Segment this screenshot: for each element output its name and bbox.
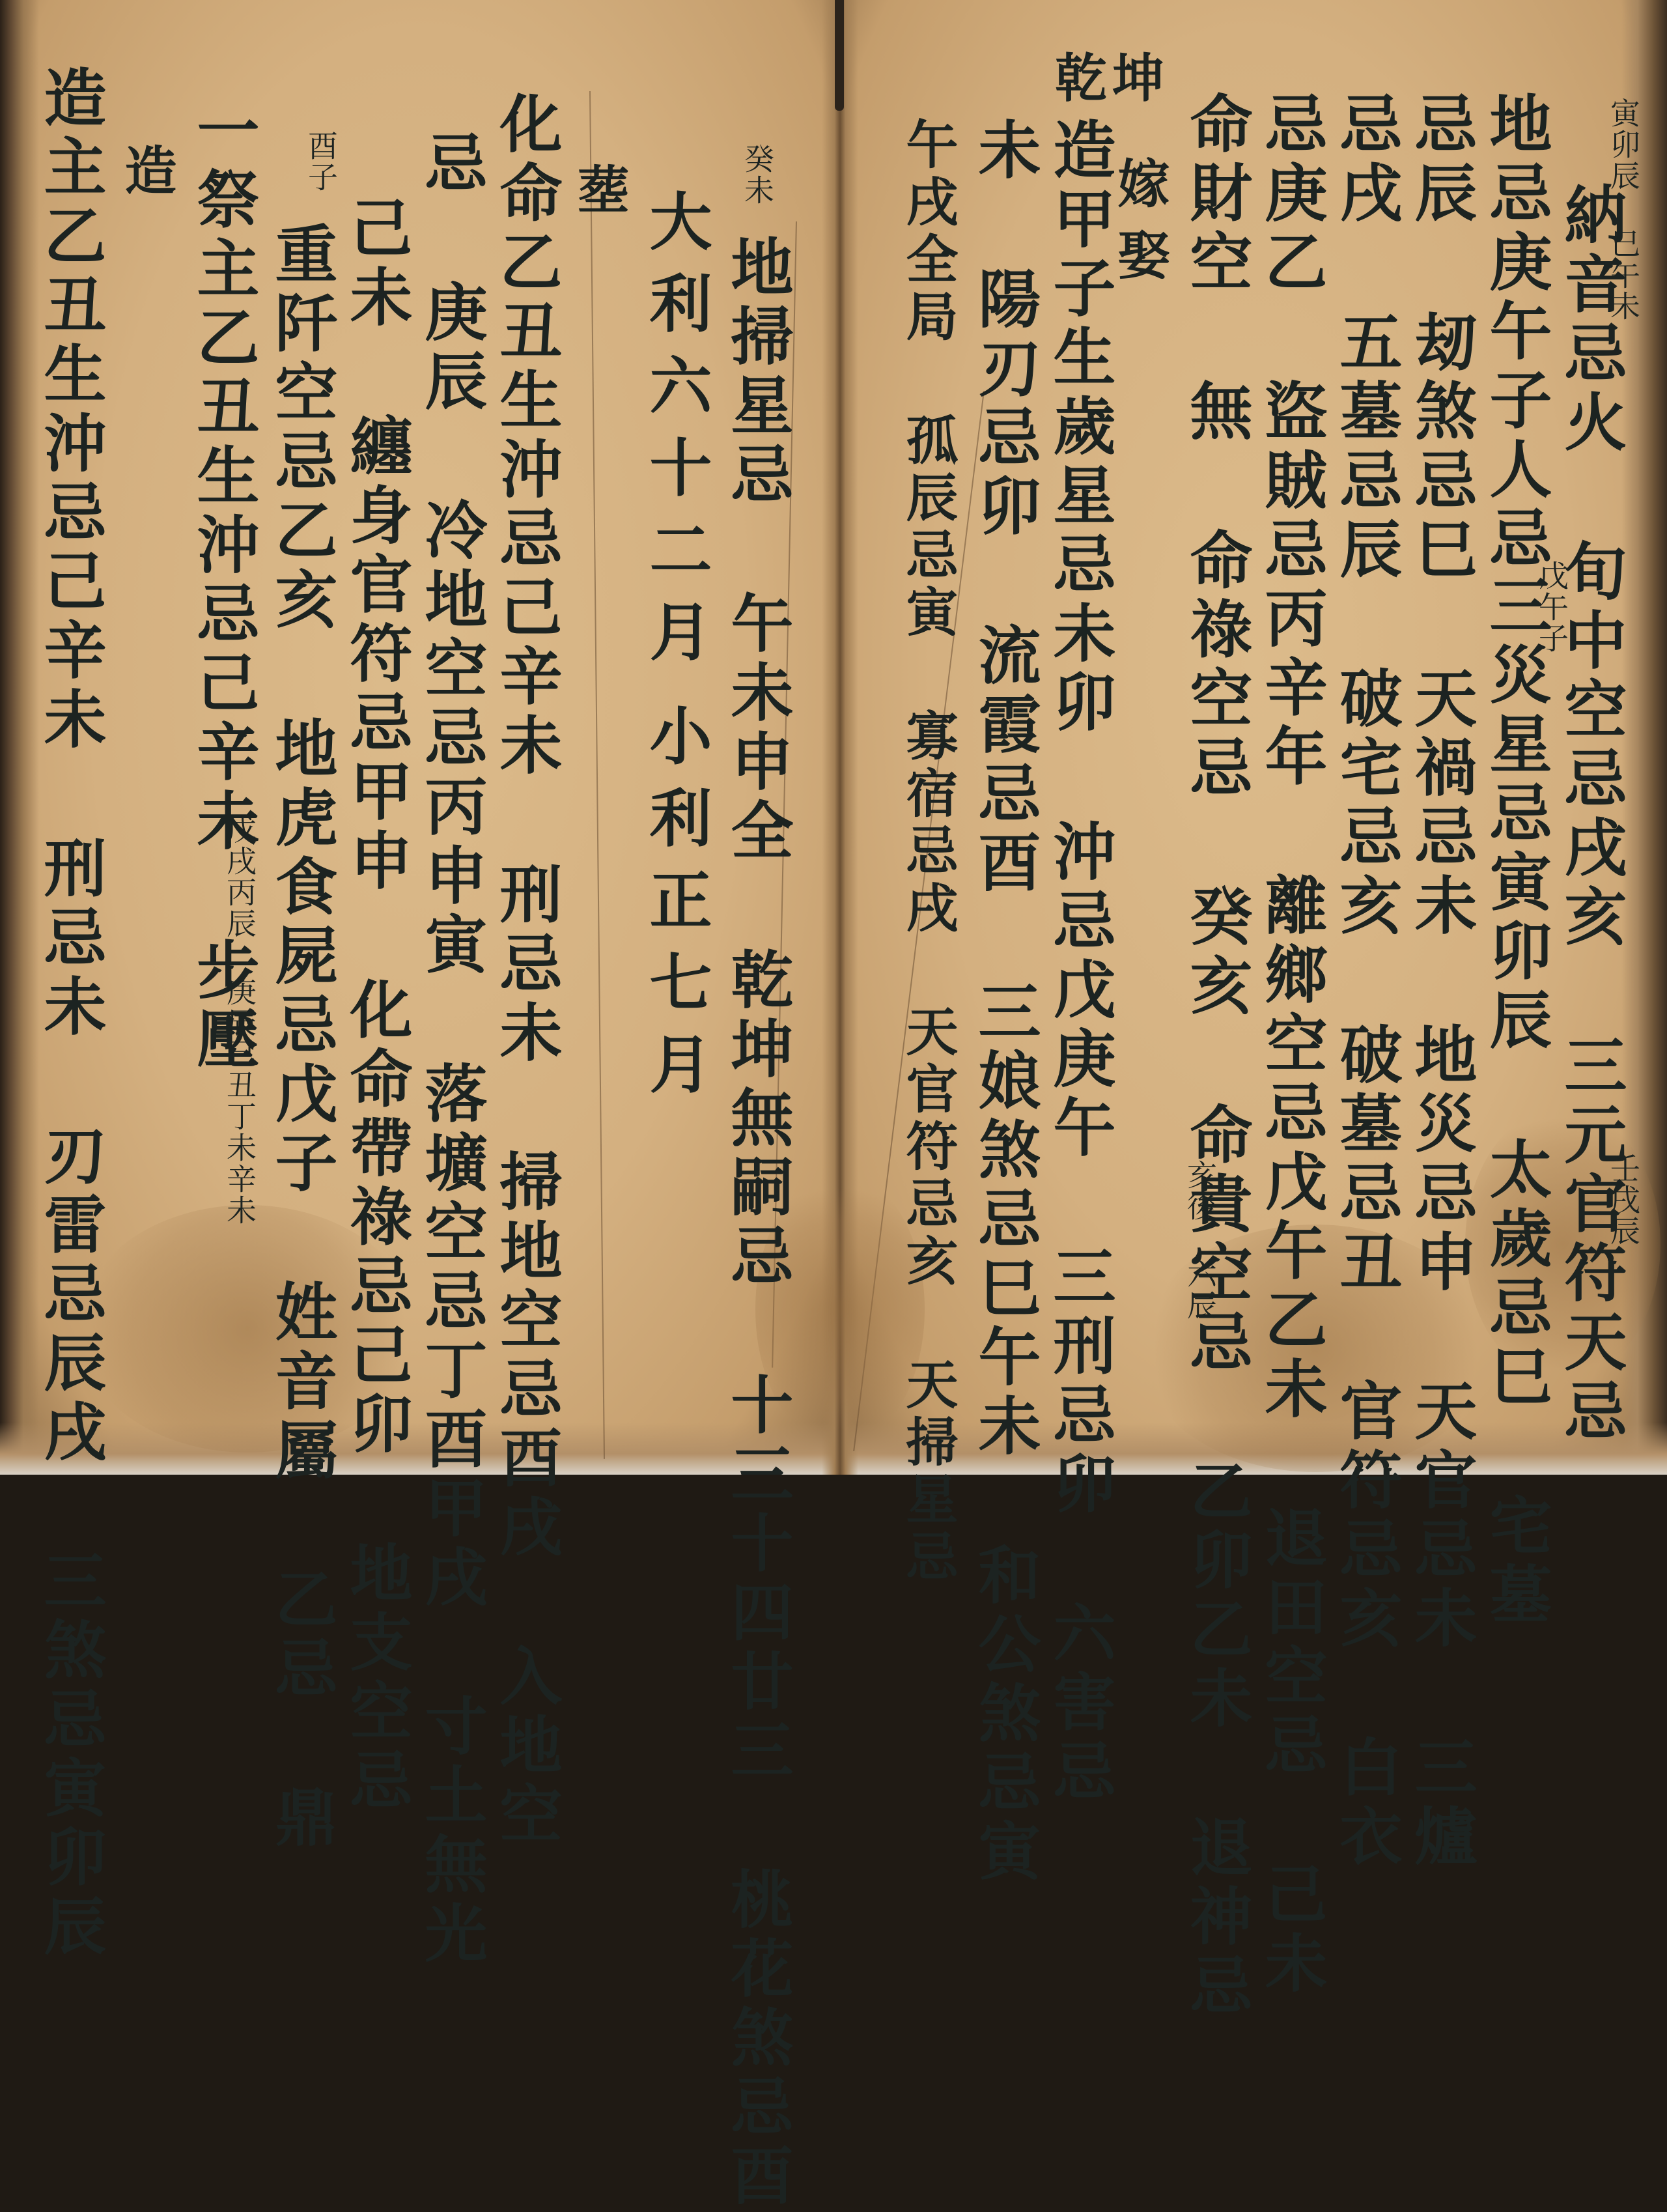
manuscript-spread: 寅卯辰 巳午未 納音忌火 旬中空忌戌亥 三元官符天忌 壬戌辰 地忌庚午子人忌 戊… — [0, 0, 1667, 1475]
text-column: 忌戌 五墓忌辰 破宅忌亥 破墓忌丑 官符忌亥 白衣 — [1335, 91, 1397, 1475]
text-column: 午戌全局 孤辰忌寅 寡宿忌戌 天官符忌亥 天掃星忌 — [902, 117, 954, 1475]
text-column: 納音忌火 旬中空忌戌亥 三元官符天忌 — [1560, 182, 1622, 1447]
text-column: 重阡空忌乙亥 地虎食屍忌戊子 姓音屬 乙忌 鼎 — [270, 221, 333, 1475]
text-column: 小利正七月 — [645, 703, 707, 1114]
text-column: 造主乙丑生沖忌己辛未 刑忌未 刃雷忌辰戌 三煞忌寅卯辰 — [39, 65, 102, 1475]
text-column: 忌庚乙 盜賊忌丙辛年 離鄉空忌戊午乙未 退田空忌 己未 — [1260, 91, 1323, 1475]
text-column: 忌 庚辰 冷地空忌丙申寅 落壙空忌丁酉甲戌 寸土無光 — [420, 130, 483, 1475]
text-column: 地掃星忌 午未申全 乾坤無嗣忌 十三十四廿三 桃花煞忌酉 — [726, 234, 789, 1475]
text-column: 忌辰 刼煞忌巳 天禍忌未 地災忌申 天官忌未 三爐 — [1410, 91, 1472, 1475]
text-column: 三災星忌寅卯辰 太歲忌巳 宅墓 — [1485, 573, 1547, 1475]
text-column: 大利六十二月 — [645, 189, 707, 681]
section-heading-marriage: 嫁娶 — [1114, 156, 1166, 300]
text-column: 地忌庚午子人忌 — [1485, 91, 1547, 574]
text-column: 己未 纏身官符忌甲申 化命帶祿忌己卯 地支空忌 — [345, 195, 408, 1475]
left-binding-edge — [0, 0, 39, 1475]
note-bottom: 戊戌丙辰 庚辰己丑丁未辛未 — [225, 814, 255, 1226]
note-bottom: 亥後 六辰 — [1185, 1159, 1215, 1321]
text-column: 化命乙丑生沖忌己辛未 刑忌未 掃地空忌酉戌 入地空 — [495, 91, 557, 1475]
section-heading-construction: 造 — [120, 143, 173, 215]
heading-qiankun: 乾坤 — [1055, 52, 1170, 104]
binding-thread — [835, 0, 844, 111]
text-column: 未 陽刃忌卯 流霞忌酉 三娘煞忌巳午未 和公煞忌寅 — [974, 117, 1036, 1475]
section-heading-burial: 塟 — [573, 163, 625, 234]
note-top: 酉子 — [306, 130, 336, 193]
note-top: 癸未 — [742, 143, 772, 206]
note-bottom: 壬戌辰 — [1608, 1153, 1638, 1247]
text-column: 造甲子生歲星忌未卯 沖忌戊庚午 三刑忌卯 六害忌 — [1048, 117, 1111, 1475]
